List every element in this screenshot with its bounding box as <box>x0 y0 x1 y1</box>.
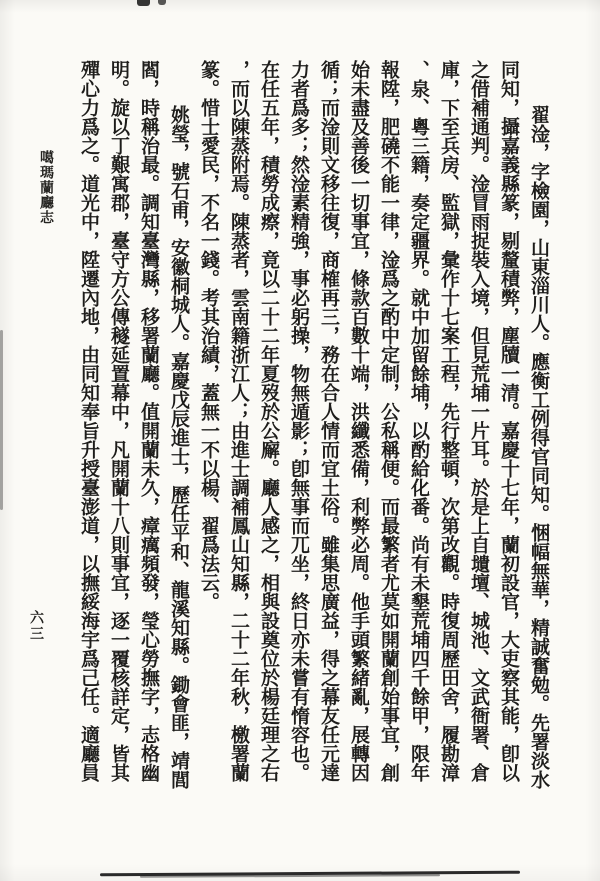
text-column: 在任五年，積勞成瘵，竟以二十二年夏歿於公廨。廳人感之，相與設奠位於楊廷理之右 <box>253 60 283 805</box>
text-column: 庫，下至兵房、監獄，彙作十七案工程，先行整頓，次第改觀。時復周歷田舍，履勘漳 <box>433 60 463 805</box>
scanned-book-page: { "page": { "margin_title": "噶瑪蘭廳志", "pa… <box>0 0 600 881</box>
text-column: 閻，時稱治最。調知臺灣縣，移署蘭廳。值開蘭未久，瘴癘頻發，瑩心勞撫字，志格幽 <box>133 60 163 805</box>
page-number: 六三 <box>25 610 45 642</box>
scan-edge-streak <box>0 330 3 510</box>
text-column: 力者爲多；然淦素精強，事必躬操，物無遁影；卽無事而兀坐，終日亦未嘗有惰容也。 <box>283 60 313 805</box>
text-column: 殫心力爲之。道光中，陞遷內地，由同知奉旨升授臺澎道，以撫綏海宇爲己任。適廳員 <box>73 60 103 805</box>
text-column: 之借補通判。淦冒雨捉裝入境，但見荒埔一片耳。於是上自壝壇、城池、文武衙署、倉 <box>463 60 493 805</box>
text-column: 同知，攝嘉義縣篆，剔釐積弊，塵牘一清。嘉慶十七年，蘭初設官，大吏察其能，卽以 <box>493 60 523 805</box>
text-column: ，而以陳蒸附焉。陳蒸者，雲南籍浙江人；由進士調補鳳山知縣，二十二年秋，檄署蘭 <box>223 60 253 805</box>
text-column: 、泉、粵三籍，奏定疆界。就中加留餘埔，以酌給化番。尚有未墾荒埔四千餘甲，限年 <box>403 60 433 805</box>
text-column: 篆。惜士愛民，不名一錢。考其治績，蓋無一不以楊、翟爲法云。 <box>193 60 223 805</box>
main-text-block: 翟淦，字檢園，山東淄川人。應衡工例得官同知。悃幅無華，精誠奮勉。先署淡水 同知，… <box>73 60 553 805</box>
margin-title: 噶瑪蘭廳志 <box>35 150 55 225</box>
text-column: 翟淦，字檢園，山東淄川人。應衡工例得官同知。悃幅無華，精誠奮勉。先署淡水 <box>523 60 553 805</box>
text-column: 報陞，肥磽不能一律，淦爲之酌中定制，公私稱便。而最繁者尤莫如開蘭創始事宜，創 <box>373 60 403 805</box>
scan-mark-top2 <box>158 0 166 5</box>
text-column: 明。旋以丁艱寓郡，臺守方公傳穟延置幕中，凡開蘭十八則事宜，逐一覆核詳定，皆其 <box>103 60 133 805</box>
scan-mark-top <box>137 0 150 6</box>
text-column: 循；而淦則文移往復，商榷再三，務在合人情而宜土俗。雖集思廣益，得之幕友任元達 <box>313 60 343 805</box>
text-column: 始未盡及善後一切事宜，條款百數十端，洪纖悉備，利弊必周。他手頭繁緒亂，展轉因 <box>343 60 373 805</box>
text-column: 姚瑩，號石甫，安徽桐城人。嘉慶戊辰進士，歷任平和、龍溪知縣。鋤會匪，靖閭 <box>163 60 193 805</box>
